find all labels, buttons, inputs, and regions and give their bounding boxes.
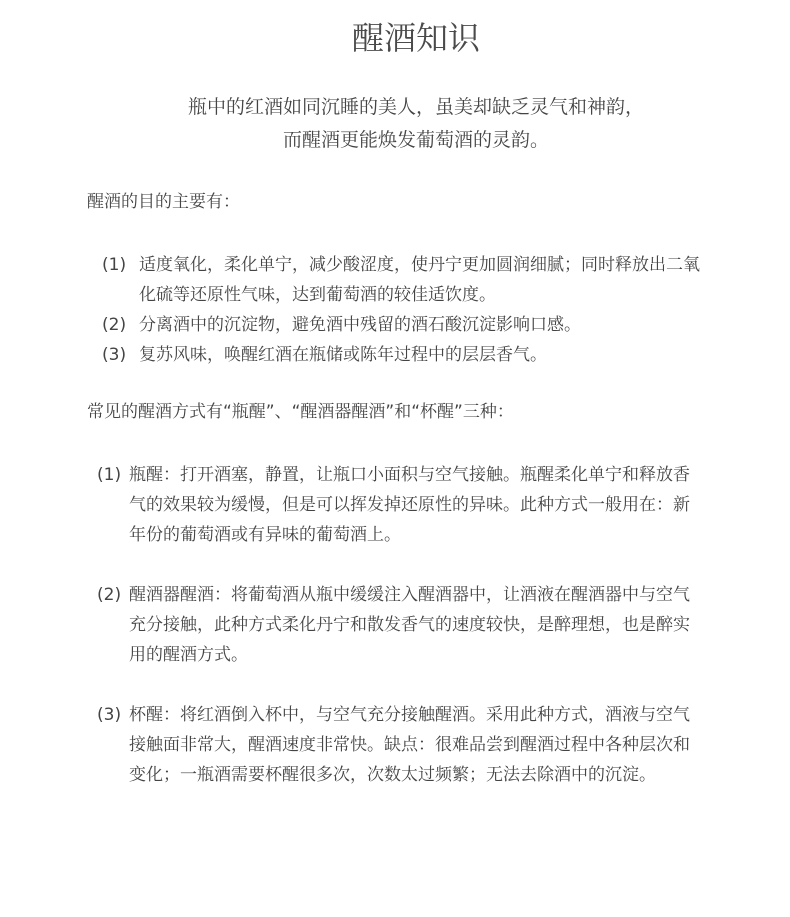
item-text: 适度氧化，柔化单宁，减少酸涩度，使丹宁更加圆润细腻；同时释放出二氧化硫等还原性气… — [139, 250, 702, 310]
item-text: 复苏风味，唤醒红酒在瓶储或陈年过程中的层层香气。 — [139, 340, 702, 370]
item-number: (1) — [97, 460, 121, 490]
purpose-list: (1) 适度氧化，柔化单宁，减少酸涩度，使丹宁更加圆润细腻；同时释放出二氧化硫等… — [102, 250, 702, 370]
intro-line-2: 而醒酒更能焕发葡萄酒的灵韵。 — [0, 124, 790, 157]
intro-paragraph: 瓶中的红酒如同沉睡的美人，虽美却缺乏灵气和神韵， 而醒酒更能焕发葡萄酒的灵韵。 — [0, 91, 790, 157]
page-title: 醒酒知识 — [0, 18, 790, 58]
item-number: (3) — [97, 700, 121, 730]
item-text: 瓶醒：打开酒塞，静置，让瓶口小面积与空气接触。瓶醒柔化单宁和释放香气的效果较为缓… — [129, 460, 697, 550]
purpose-item-1: (1) 适度氧化，柔化单宁，减少酸涩度，使丹宁更加圆润细腻；同时释放出二氧化硫等… — [102, 250, 702, 310]
intro-line-1: 瓶中的红酒如同沉睡的美人，虽美却缺乏灵气和神韵， — [0, 91, 790, 124]
item-number: (3) — [102, 340, 126, 370]
methods-heading: 常见的醒酒方式有“瓶醒”、“醒酒器醒酒”和“杯醒”三种： — [87, 400, 514, 424]
method-item-glass: (3) 杯醒：将红酒倒入杯中，与空气充分接触醒酒。采用此种方式，酒液与空气接触面… — [97, 700, 697, 790]
item-number: (2) — [97, 580, 121, 610]
purpose-heading: 醒酒的目的主要有： — [87, 190, 240, 214]
item-text: 杯醒：将红酒倒入杯中，与空气充分接触醒酒。采用此种方式，酒液与空气接触面非常大，… — [129, 700, 697, 790]
item-text: 醒酒器醒酒：将葡萄酒从瓶中缓缓注入醒酒器中，让酒液在醒酒器中与空气充分接触，此种… — [129, 580, 697, 670]
item-number: (2) — [102, 310, 126, 340]
method-item-bottle: (1) 瓶醒：打开酒塞，静置，让瓶口小面积与空气接触。瓶醒柔化单宁和释放香气的效… — [97, 460, 697, 550]
purpose-item-2: (2) 分离酒中的沉淀物，避免酒中残留的酒石酸沉淀影响口感。 — [102, 310, 702, 340]
item-number: (1) — [102, 250, 126, 280]
purpose-item-3: (3) 复苏风味，唤醒红酒在瓶储或陈年过程中的层层香气。 — [102, 340, 702, 370]
item-text: 分离酒中的沉淀物，避免酒中残留的酒石酸沉淀影响口感。 — [139, 310, 702, 340]
method-item-decanter: (2) 醒酒器醒酒：将葡萄酒从瓶中缓缓注入醒酒器中，让酒液在醒酒器中与空气充分接… — [97, 580, 697, 670]
methods-list: (1) 瓶醒：打开酒塞，静置，让瓶口小面积与空气接触。瓶醒柔化单宁和释放香气的效… — [97, 460, 697, 820]
